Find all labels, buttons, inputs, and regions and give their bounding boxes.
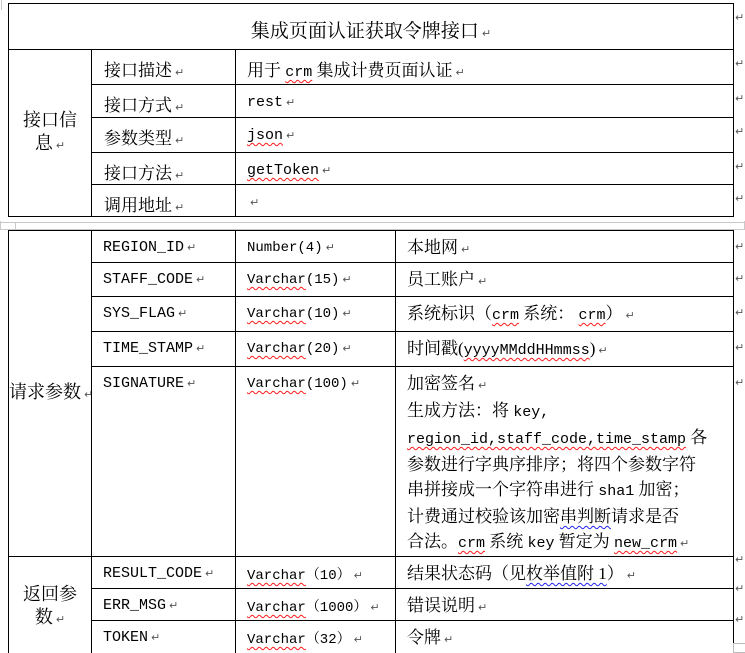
text-run: new_crm — [614, 535, 677, 552]
text-line: 接口描述↵ — [104, 56, 235, 81]
text-run: region_id,staff_code,time_stamp — [407, 431, 686, 448]
row-end-mark: ↵ — [735, 240, 745, 252]
text-line: 参数类型↵ — [104, 124, 235, 149]
text-run: （1000） — [306, 600, 368, 616]
param-desc-cell: 员工账户↵ — [396, 263, 734, 297]
text-run: 参数进行字典序排序；将四个参数字符 — [407, 455, 696, 474]
row-end-mark: ↵ — [735, 582, 745, 594]
value-cell-method-style: rest↵ — [236, 85, 734, 118]
paragraph-mark-icon: ↵ — [172, 134, 184, 147]
group-cell-interface-info: 接口信息↵ — [9, 50, 92, 217]
param-name-cell: RESULT_CODE↵ — [92, 557, 236, 589]
value-cell-api-method: getToken↵ — [236, 153, 734, 185]
paragraph-mark-icon: ↵ — [184, 377, 196, 390]
text-line: rest↵ — [247, 91, 733, 111]
text-run: 数 — [35, 607, 53, 627]
paragraph-mark-icon: ↵ — [184, 241, 196, 254]
text-run: 接口方法 — [104, 164, 172, 183]
text-line: 请求参数↵ — [9, 381, 91, 406]
paragraph-mark-icon: ↵ — [148, 631, 160, 644]
text-line: 接口方法↵ — [104, 159, 235, 184]
text-run: Varchar — [247, 376, 306, 392]
group-cell-return-params: 返回参数↵ — [9, 557, 92, 653]
text-run: 时间戳( — [407, 339, 464, 358]
paragraph-mark-icon: ↵ — [283, 96, 295, 109]
text-line: SIGNATURE↵ — [103, 374, 235, 392]
param-name-cell: ERR_MSG↵ — [92, 589, 236, 621]
text-line: 计费通过校验该加密串判断请求是否 — [407, 504, 733, 529]
paragraph-mark-icon: ↵ — [247, 196, 259, 209]
row-end-mark: ↵ — [735, 272, 745, 284]
text-run: Varchar — [247, 568, 306, 584]
paragraph-mark-icon: ↵ — [202, 567, 214, 580]
text-line: ERR_MSG↵ — [103, 596, 235, 614]
text-run: 集成计费页面认证 — [312, 61, 452, 80]
text-run: TOKEN — [103, 629, 148, 646]
paragraph-mark-icon: ↵ — [175, 307, 187, 320]
param-desc-cell: 结果状态码（见枚举值附 1）↵ — [396, 557, 734, 589]
param-type-cell: Varchar(100)↵ — [236, 367, 396, 557]
label-cell-call-address: 调用地址↵ — [92, 185, 236, 217]
paragraph-mark-icon: ↵ — [475, 601, 487, 614]
text-run: 令牌 — [407, 628, 441, 647]
text-run: 生成方法：将 — [407, 401, 513, 420]
paragraph-mark-icon: ↵ — [595, 344, 607, 357]
text-line: 令牌↵ — [407, 625, 733, 652]
paragraph-mark-icon: ↵ — [458, 243, 470, 256]
text-run: 错误说明 — [407, 596, 475, 615]
text-run: yyyyMMddHHmmss — [464, 342, 590, 359]
text-line: Varchar(20)↵ — [247, 339, 395, 357]
text-run: (10) — [306, 306, 340, 322]
row-end-mark: ↵ — [735, 57, 745, 69]
text-run: 系统： — [519, 304, 579, 323]
param-desc-cell: 系统标识（crm 系统： crm）↵ — [396, 297, 734, 332]
next-paragraph-boundary-box — [733, 643, 745, 653]
text-run: 接口描述 — [104, 61, 172, 80]
paragraph-mark-icon: ↵ — [81, 388, 92, 401]
paragraph-mark-icon: ↵ — [624, 569, 636, 582]
text-run: 本地网 — [407, 238, 458, 257]
text-run: RESULT_CODE — [103, 565, 202, 582]
text-run: 加密； — [634, 480, 689, 499]
text-run: crm — [285, 64, 312, 81]
paragraph-mark-icon: ↵ — [172, 66, 184, 79]
text-run: SIGNATURE — [103, 375, 184, 392]
text-boundary-tick — [1, 0, 2, 10]
text-line: region_id,staff_code,time_stamp 各 — [407, 425, 733, 452]
param-type-cell: Varchar（10）↵ — [236, 557, 396, 589]
text-line: 接口信 — [9, 109, 91, 132]
text-line: RESULT_CODE↵ — [103, 564, 235, 582]
text-run: 系统标识（ — [407, 304, 492, 323]
paragraph-mark-icon: ↵ — [623, 309, 635, 322]
param-type-cell: Number(4)↵ — [236, 231, 396, 263]
param-name-cell: STAFF_CODE↵ — [92, 263, 236, 297]
text-line: 集成页面认证获取令牌接口↵ — [9, 16, 733, 43]
text-line: TIME_STAMP↵ — [103, 339, 235, 357]
row-end-mark: ↵ — [735, 160, 745, 172]
paragraph-mark-icon: ↵ — [677, 537, 689, 550]
param-desc-cell: 令牌↵ — [396, 621, 734, 653]
row-end-mark: ↵ — [735, 192, 745, 204]
text-run: 枚举值附 1 — [526, 564, 607, 583]
text-line: TOKEN↵ — [103, 628, 235, 646]
text-run: 系统 — [485, 532, 528, 551]
text-run: crm — [579, 307, 606, 324]
row-end-mark: ↵ — [735, 341, 745, 353]
param-desc-cell: 时间戳(yyyyMMddHHmmss)↵ — [396, 332, 734, 367]
parameters-table: 请求参数↵ REGION_ID↵ Number(4)↵ 本地网↵ STAFF_C… — [8, 230, 734, 653]
text-line: 错误说明↵ — [407, 593, 733, 620]
param-desc-cell: 本地网↵ — [396, 231, 734, 263]
paragraph-mark-icon: ↵ — [348, 377, 360, 390]
text-run: Varchar — [247, 341, 306, 357]
text-line: Varchar（32）↵ — [247, 628, 395, 648]
text-line: Varchar(100)↵ — [247, 374, 395, 392]
text-run: Varchar — [247, 600, 306, 616]
table-title: 集成页面认证获取令牌接口↵ — [9, 4, 734, 50]
row-end-mark: ↵ — [735, 306, 745, 318]
paragraph-mark-icon: ↵ — [475, 379, 487, 392]
param-name-cell: SIGNATURE↵ — [92, 367, 236, 557]
text-run: (20) — [306, 341, 340, 357]
text-run: 调用地址 — [104, 196, 172, 215]
paragraph-mark-icon: ↵ — [475, 275, 487, 288]
paragraph-mark-icon: ↵ — [323, 241, 335, 254]
value-cell-param-type: json↵ — [236, 118, 734, 153]
text-run: （32） — [306, 632, 351, 648]
paragraph-mark-icon: ↵ — [172, 169, 184, 182]
text-run: TIME_STAMP — [103, 340, 193, 357]
text-run: 计费通过校验该加密 — [407, 507, 560, 526]
text-line: 合法。crm 系统 key 暂定为 new_crm↵ — [407, 529, 733, 556]
text-run: 参数类型 — [104, 129, 172, 148]
text-line: 系统标识（crm 系统： crm）↵ — [407, 301, 733, 328]
text-run: 请求参数 — [9, 382, 81, 402]
text-run: SYS_FLAG — [103, 305, 175, 322]
paragraph-mark-icon: ↵ — [53, 139, 65, 152]
param-name-cell: SYS_FLAG↵ — [92, 297, 236, 332]
param-type-cell: Varchar(20)↵ — [236, 332, 396, 367]
text-run: 暂定为 — [555, 532, 615, 551]
text-line: ↵ — [247, 191, 733, 211]
param-name-cell: REGION_ID↵ — [92, 231, 236, 263]
param-type-cell: Varchar(15)↵ — [236, 263, 396, 297]
text-line: 息↵ — [9, 132, 91, 157]
text-line: 串拼接成一个字符串进行 sha1 加密； — [407, 477, 733, 504]
text-run: ） — [607, 564, 624, 583]
text-run: 各 — [686, 428, 707, 447]
param-type-cell: Varchar（1000）↵ — [236, 589, 396, 621]
param-name-cell: TIME_STAMP↵ — [92, 332, 236, 367]
text-run: ） — [606, 304, 623, 323]
text-line: Varchar（1000）↵ — [247, 596, 395, 616]
text-run: sha1 — [598, 483, 634, 500]
text-line: 参数进行字典序排序；将四个参数字符 — [407, 452, 733, 477]
text-line: SYS_FLAG↵ — [103, 304, 235, 322]
text-line: 时间戳(yyyyMMddHHmmss)↵ — [407, 336, 733, 363]
param-type-cell: Varchar（32）↵ — [236, 621, 396, 653]
text-run: 集成页面认证获取令牌接口 — [251, 21, 479, 42]
param-desc-cell: 加密签名↵生成方法：将 key,region_id,staff_code,tim… — [396, 367, 734, 557]
row-end-mark: ↵ — [735, 553, 745, 565]
text-line: 结果状态码（见枚举值附 1）↵ — [407, 561, 733, 588]
text-line: 用于 crm 集成计费页面认证↵ — [247, 56, 733, 81]
text-line: 生成方法：将 key, — [407, 398, 733, 425]
text-run: (100) — [306, 376, 348, 392]
text-run: crm — [492, 307, 519, 324]
row-end-mark: ↵ — [735, 125, 745, 137]
text-run: ERR_MSG — [103, 597, 166, 614]
row-end-mark: ↵ — [735, 376, 745, 388]
text-run: (15) — [306, 272, 340, 288]
param-desc-cell: 错误说明↵ — [396, 589, 734, 621]
text-run: key, — [513, 404, 549, 421]
text-line: Varchar(15)↵ — [247, 270, 395, 288]
text-line: getToken↵ — [247, 159, 733, 179]
text-run: 加密签名 — [407, 374, 475, 393]
paragraph-mark-icon: ↵ — [351, 569, 363, 582]
paragraph-mark-icon: ↵ — [172, 201, 184, 214]
paragraph-mark-icon: ↵ — [193, 273, 205, 286]
text-run: 接口方式 — [104, 96, 172, 115]
text-run: key — [528, 535, 555, 552]
value-cell-desc: 用于 crm 集成计费页面认证↵ — [236, 50, 734, 85]
text-run: 串判断 — [560, 507, 611, 526]
text-run: 接口信 — [23, 110, 77, 130]
paragraph-mark-icon: ↵ — [367, 601, 379, 614]
paragraph-mark-icon: ↵ — [479, 27, 491, 40]
text-line: 加密签名↵ — [407, 371, 733, 398]
text-run: Varchar — [247, 272, 306, 288]
row-end-mark: ↵ — [735, 613, 745, 625]
text-line: STAFF_CODE↵ — [103, 270, 235, 288]
text-line: 本地网↵ — [407, 235, 733, 262]
label-cell-api-method: 接口方法↵ — [92, 153, 236, 185]
param-name-cell: TOKEN↵ — [92, 621, 236, 653]
text-line: Varchar(10)↵ — [247, 304, 395, 322]
text-run: 员工账户 — [407, 270, 475, 289]
text-run: STAFF_CODE — [103, 271, 193, 288]
interface-info-table: 集成页面认证获取令牌接口↵ 接口信息↵ 接口描述↵ 用于 crm 集成计费页面认… — [8, 3, 734, 217]
paragraph-mark-icon: ↵ — [283, 129, 295, 142]
text-line: REGION_ID↵ — [103, 238, 235, 256]
text-run: rest — [247, 94, 283, 111]
paragraph-mark-icon: ↵ — [166, 599, 178, 612]
text-line: json↵ — [247, 124, 733, 144]
text-run: getToken — [247, 162, 319, 179]
text-run: Number(4) — [247, 240, 323, 256]
param-type-cell: Varchar(10)↵ — [236, 297, 396, 332]
paragraph-mark-icon: ↵ — [339, 307, 351, 320]
text-run: crm — [458, 535, 485, 552]
text-run: 请求是否 — [611, 507, 679, 526]
text-run: 返回参 — [23, 584, 77, 604]
paragraph-mark-icon: ↵ — [453, 66, 465, 79]
label-cell-method-style: 接口方式↵ — [92, 85, 236, 118]
row-end-mark: ↵ — [735, 11, 745, 23]
value-cell-call-address: ↵ — [236, 185, 734, 217]
text-run: 合法。 — [407, 532, 458, 551]
text-run: 用于 — [247, 61, 285, 80]
paragraph-mark-icon: ↵ — [319, 164, 331, 177]
label-cell-desc: 接口描述↵ — [92, 50, 236, 85]
group-cell-request-params: 请求参数↵ — [9, 231, 92, 557]
text-line: Number(4)↵ — [247, 238, 395, 256]
paragraph-mark-icon: ↵ — [441, 633, 453, 646]
paragraph-mark-icon: ↵ — [351, 633, 363, 646]
text-line: 接口方式↵ — [104, 91, 235, 116]
text-line: Varchar（10）↵ — [247, 564, 395, 584]
text-run: 串拼接成一个字符串进行 — [407, 480, 598, 499]
text-line: 员工账户↵ — [407, 267, 733, 294]
text-line: 返回参 — [9, 583, 91, 606]
text-run: 结果状态码（见 — [407, 564, 526, 583]
text-line: 数↵ — [9, 606, 91, 631]
paragraph-mark-icon: ↵ — [193, 342, 205, 355]
paragraph-mark-icon: ↵ — [53, 613, 65, 626]
paragraph-mark-icon: ↵ — [172, 101, 184, 114]
text-run: Varchar — [247, 306, 306, 322]
text-run: （10） — [306, 568, 351, 584]
document-page: 集成页面认证获取令牌接口↵ 接口信息↵ 接口描述↵ 用于 crm 集成计费页面认… — [0, 0, 745, 653]
paragraph-mark-icon: ↵ — [339, 342, 351, 355]
text-run: REGION_ID — [103, 239, 184, 256]
row-end-mark: ↵ — [735, 92, 745, 104]
text-line: 调用地址↵ — [104, 191, 235, 216]
text-run: Varchar — [247, 632, 306, 648]
text-run: json — [247, 127, 283, 144]
text-run: 息 — [35, 133, 53, 153]
paragraph-mark-icon: ↵ — [339, 273, 351, 286]
label-cell-param-type: 参数类型↵ — [92, 118, 236, 153]
